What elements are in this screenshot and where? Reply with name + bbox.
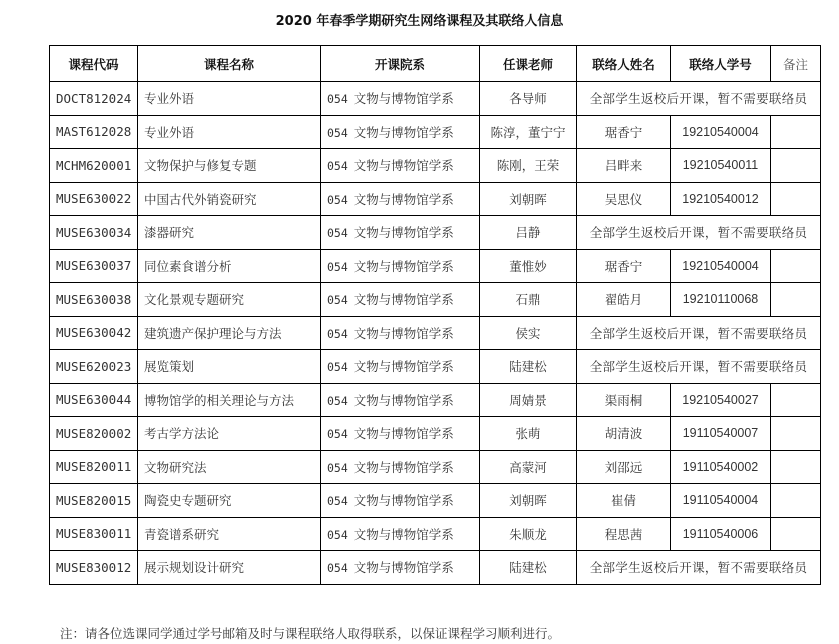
department-cell: 054文物与博物馆学系 bbox=[321, 517, 480, 551]
teacher-cell: 周婧景 bbox=[480, 383, 577, 417]
department-cell: 054文物与博物馆学系 bbox=[321, 149, 480, 183]
table-row: MUSE830012展示规划设计研究054文物与博物馆学系陆建松全部学生返校后开… bbox=[50, 551, 821, 585]
remark-cell bbox=[771, 484, 821, 518]
contact-id-cell: 19210110068 bbox=[671, 283, 771, 317]
no-contact-note-cell: 全部学生返校后开课，暂不需要联络员 bbox=[577, 350, 821, 384]
teacher-cell: 陈淳，董宁宁 bbox=[480, 115, 577, 149]
department-cell: 054文物与博物馆学系 bbox=[321, 249, 480, 283]
header-contact-name: 联络人姓名 bbox=[577, 46, 671, 82]
course-code-cell: MUSE820015 bbox=[50, 484, 138, 518]
course-code-cell: MUSE630042 bbox=[50, 316, 138, 350]
table-row: MCHM620001文物保护与修复专题054文物与博物馆学系陈刚，王荣吕畔来19… bbox=[50, 149, 821, 183]
department-number: 054 bbox=[327, 159, 348, 173]
contact-name-cell: 吕畔来 bbox=[577, 149, 671, 183]
remark-cell bbox=[771, 517, 821, 551]
department-name: 文物与博物馆学系 bbox=[354, 259, 454, 274]
course-name-cell: 青瓷谱系研究 bbox=[138, 517, 321, 551]
teacher-cell: 各导师 bbox=[480, 82, 577, 116]
department-cell: 054文物与博物馆学系 bbox=[321, 350, 480, 384]
course-name-cell: 建筑遗产保护理论与方法 bbox=[138, 316, 321, 350]
course-code-cell: MUSE830012 bbox=[50, 551, 138, 585]
header-department: 开课院系 bbox=[321, 46, 480, 82]
remark-cell bbox=[771, 450, 821, 484]
contact-id-cell: 19110540006 bbox=[671, 517, 771, 551]
table-header-row: 课程代码 课程名称 开课院系 任课老师 联络人姓名 联络人学号 备注 bbox=[50, 46, 821, 82]
course-name-cell: 展示规划设计研究 bbox=[138, 551, 321, 585]
course-code-cell: DOCT812024 bbox=[50, 82, 138, 116]
teacher-cell: 刘朝晖 bbox=[480, 182, 577, 216]
department-name: 文物与博物馆学系 bbox=[354, 192, 454, 207]
teacher-cell: 陈刚，王荣 bbox=[480, 149, 577, 183]
remark-cell bbox=[771, 417, 821, 451]
department-cell: 054文物与博物馆学系 bbox=[321, 216, 480, 250]
course-name-cell: 文物保护与修复专题 bbox=[138, 149, 321, 183]
course-name-cell: 陶瓷史专题研究 bbox=[138, 484, 321, 518]
course-contact-table: 课程代码 课程名称 开课院系 任课老师 联络人姓名 联络人学号 备注 DOCT8… bbox=[49, 45, 821, 585]
department-name: 文物与博物馆学系 bbox=[354, 125, 454, 140]
department-number: 054 bbox=[327, 92, 348, 106]
department-cell: 054文物与博物馆学系 bbox=[321, 484, 480, 518]
department-name: 文物与博物馆学系 bbox=[354, 460, 454, 475]
course-name-cell: 文物研究法 bbox=[138, 450, 321, 484]
department-name: 文物与博物馆学系 bbox=[354, 393, 454, 408]
no-contact-note-cell: 全部学生返校后开课，暂不需要联络员 bbox=[577, 216, 821, 250]
table-row: MAST612028专业外语054文物与博物馆学系陈淳，董宁宁琚香宁192105… bbox=[50, 115, 821, 149]
header-teacher: 任课老师 bbox=[480, 46, 577, 82]
header-course-code: 课程代码 bbox=[50, 46, 138, 82]
course-code-cell: MUSE630044 bbox=[50, 383, 138, 417]
table-row: MUSE630022中国古代外销瓷研究054文物与博物馆学系刘朝晖吴思仪1921… bbox=[50, 182, 821, 216]
course-name-cell: 中国古代外销瓷研究 bbox=[138, 182, 321, 216]
contact-name-cell: 琚香宁 bbox=[577, 115, 671, 149]
course-name-cell: 专业外语 bbox=[138, 82, 321, 116]
course-code-cell: MUSE630034 bbox=[50, 216, 138, 250]
remark-cell bbox=[771, 115, 821, 149]
teacher-cell: 陆建松 bbox=[480, 551, 577, 585]
department-number: 054 bbox=[327, 427, 348, 441]
teacher-cell: 朱顺龙 bbox=[480, 517, 577, 551]
department-name: 文物与博物馆学系 bbox=[354, 426, 454, 441]
teacher-cell: 石鼎 bbox=[480, 283, 577, 317]
table-row: MUSE820015陶瓷史专题研究054文物与博物馆学系刘朝晖崔倩1911054… bbox=[50, 484, 821, 518]
contact-id-cell: 19210540011 bbox=[671, 149, 771, 183]
contact-id-cell: 19210540004 bbox=[671, 115, 771, 149]
contact-id-cell: 19110540007 bbox=[671, 417, 771, 451]
teacher-cell: 张萌 bbox=[480, 417, 577, 451]
department-name: 文物与博物馆学系 bbox=[354, 91, 454, 106]
course-name-cell: 漆器研究 bbox=[138, 216, 321, 250]
department-cell: 054文物与博物馆学系 bbox=[321, 450, 480, 484]
course-code-cell: MUSE630022 bbox=[50, 182, 138, 216]
course-name-cell: 文化景观专题研究 bbox=[138, 283, 321, 317]
contact-name-cell: 吴思仪 bbox=[577, 182, 671, 216]
department-cell: 054文物与博物馆学系 bbox=[321, 82, 480, 116]
contact-name-cell: 崔倩 bbox=[577, 484, 671, 518]
department-cell: 054文物与博物馆学系 bbox=[321, 551, 480, 585]
course-code-cell: MUSE820011 bbox=[50, 450, 138, 484]
department-name: 文物与博物馆学系 bbox=[354, 158, 454, 173]
department-name: 文物与博物馆学系 bbox=[354, 326, 454, 341]
table-row: MUSE630038文化景观专题研究054文物与博物馆学系石鼎翟皓月192101… bbox=[50, 283, 821, 317]
department-number: 054 bbox=[327, 193, 348, 207]
department-number: 054 bbox=[327, 461, 348, 475]
course-code-cell: MCHM620001 bbox=[50, 149, 138, 183]
course-name-cell: 专业外语 bbox=[138, 115, 321, 149]
remark-cell bbox=[771, 283, 821, 317]
department-cell: 054文物与博物馆学系 bbox=[321, 316, 480, 350]
course-code-cell: MUSE830011 bbox=[50, 517, 138, 551]
department-number: 054 bbox=[327, 360, 348, 374]
teacher-cell: 董惟妙 bbox=[480, 249, 577, 283]
table-row: MUSE630037同位素食谱分析054文物与博物馆学系董惟妙琚香宁192105… bbox=[50, 249, 821, 283]
department-number: 054 bbox=[327, 327, 348, 341]
contact-name-cell: 琚香宁 bbox=[577, 249, 671, 283]
course-code-cell: MUSE620023 bbox=[50, 350, 138, 384]
document-title: 2020 年春季学期研究生网络课程及其联络人信息 bbox=[0, 10, 839, 29]
no-contact-note-cell: 全部学生返校后开课，暂不需要联络员 bbox=[577, 82, 821, 116]
department-number: 054 bbox=[327, 528, 348, 542]
department-number: 054 bbox=[327, 293, 348, 307]
contact-name-cell: 翟皓月 bbox=[577, 283, 671, 317]
remark-cell bbox=[771, 182, 821, 216]
department-cell: 054文物与博物馆学系 bbox=[321, 383, 480, 417]
department-name: 文物与博物馆学系 bbox=[354, 493, 454, 508]
header-course-name: 课程名称 bbox=[138, 46, 321, 82]
teacher-cell: 陆建松 bbox=[480, 350, 577, 384]
department-cell: 054文物与博物馆学系 bbox=[321, 182, 480, 216]
remark-cell bbox=[771, 149, 821, 183]
contact-id-cell: 19210540012 bbox=[671, 182, 771, 216]
no-contact-note-cell: 全部学生返校后开课，暂不需要联络员 bbox=[577, 316, 821, 350]
course-name-cell: 考古学方法论 bbox=[138, 417, 321, 451]
contact-name-cell: 程思茜 bbox=[577, 517, 671, 551]
table-row: MUSE820011文物研究法054文物与博物馆学系高蒙河刘邵远19110540… bbox=[50, 450, 821, 484]
table-row: DOCT812024专业外语054文物与博物馆学系各导师全部学生返校后开课，暂不… bbox=[50, 82, 821, 116]
department-number: 054 bbox=[327, 126, 348, 140]
table-body: DOCT812024专业外语054文物与博物馆学系各导师全部学生返校后开课，暂不… bbox=[50, 82, 821, 585]
department-number: 054 bbox=[327, 394, 348, 408]
department-name: 文物与博物馆学系 bbox=[354, 359, 454, 374]
header-remark: 备注 bbox=[771, 46, 821, 82]
table-row: MUSE630034漆器研究054文物与博物馆学系吕静全部学生返校后开课，暂不需… bbox=[50, 216, 821, 250]
department-name: 文物与博物馆学系 bbox=[354, 560, 454, 575]
header-contact-id: 联络人学号 bbox=[671, 46, 771, 82]
contact-name-cell: 胡清波 bbox=[577, 417, 671, 451]
contact-name-cell: 渠雨桐 bbox=[577, 383, 671, 417]
course-name-cell: 同位素食谱分析 bbox=[138, 249, 321, 283]
department-cell: 054文物与博物馆学系 bbox=[321, 283, 480, 317]
course-name-cell: 博物馆学的相关理论与方法 bbox=[138, 383, 321, 417]
table-row: MUSE820002考古学方法论054文物与博物馆学系张萌胡清波19110540… bbox=[50, 417, 821, 451]
remark-cell bbox=[771, 249, 821, 283]
table-row: MUSE630042建筑遗产保护理论与方法054文物与博物馆学系侯实全部学生返校… bbox=[50, 316, 821, 350]
remark-cell bbox=[771, 383, 821, 417]
teacher-cell: 高蒙河 bbox=[480, 450, 577, 484]
department-cell: 054文物与博物馆学系 bbox=[321, 115, 480, 149]
course-code-cell: MAST612028 bbox=[50, 115, 138, 149]
course-code-cell: MUSE630038 bbox=[50, 283, 138, 317]
department-number: 054 bbox=[327, 226, 348, 240]
teacher-cell: 吕静 bbox=[480, 216, 577, 250]
course-code-cell: MUSE630037 bbox=[50, 249, 138, 283]
course-code-cell: MUSE820002 bbox=[50, 417, 138, 451]
department-number: 054 bbox=[327, 561, 348, 575]
contact-id-cell: 19110540004 bbox=[671, 484, 771, 518]
department-number: 054 bbox=[327, 260, 348, 274]
department-number: 054 bbox=[327, 494, 348, 508]
course-name-cell: 展览策划 bbox=[138, 350, 321, 384]
contact-name-cell: 刘邵远 bbox=[577, 450, 671, 484]
department-name: 文物与博物馆学系 bbox=[354, 292, 454, 307]
footnote: 注：请各位选课同学通过学号邮箱及时与课程联络人取得联系，以保证课程学习顺利进行。 bbox=[60, 624, 560, 642]
department-name: 文物与博物馆学系 bbox=[354, 225, 454, 240]
table-row: MUSE830011青瓷谱系研究054文物与博物馆学系朱顺龙程思茜1911054… bbox=[50, 517, 821, 551]
teacher-cell: 刘朝晖 bbox=[480, 484, 577, 518]
table-row: MUSE630044博物馆学的相关理论与方法054文物与博物馆学系周婧景渠雨桐1… bbox=[50, 383, 821, 417]
table-row: MUSE620023展览策划054文物与博物馆学系陆建松全部学生返校后开课，暂不… bbox=[50, 350, 821, 384]
contact-id-cell: 19110540002 bbox=[671, 450, 771, 484]
department-cell: 054文物与博物馆学系 bbox=[321, 417, 480, 451]
no-contact-note-cell: 全部学生返校后开课，暂不需要联络员 bbox=[577, 551, 821, 585]
department-name: 文物与博物馆学系 bbox=[354, 527, 454, 542]
contact-id-cell: 19210540027 bbox=[671, 383, 771, 417]
contact-id-cell: 19210540004 bbox=[671, 249, 771, 283]
teacher-cell: 侯实 bbox=[480, 316, 577, 350]
